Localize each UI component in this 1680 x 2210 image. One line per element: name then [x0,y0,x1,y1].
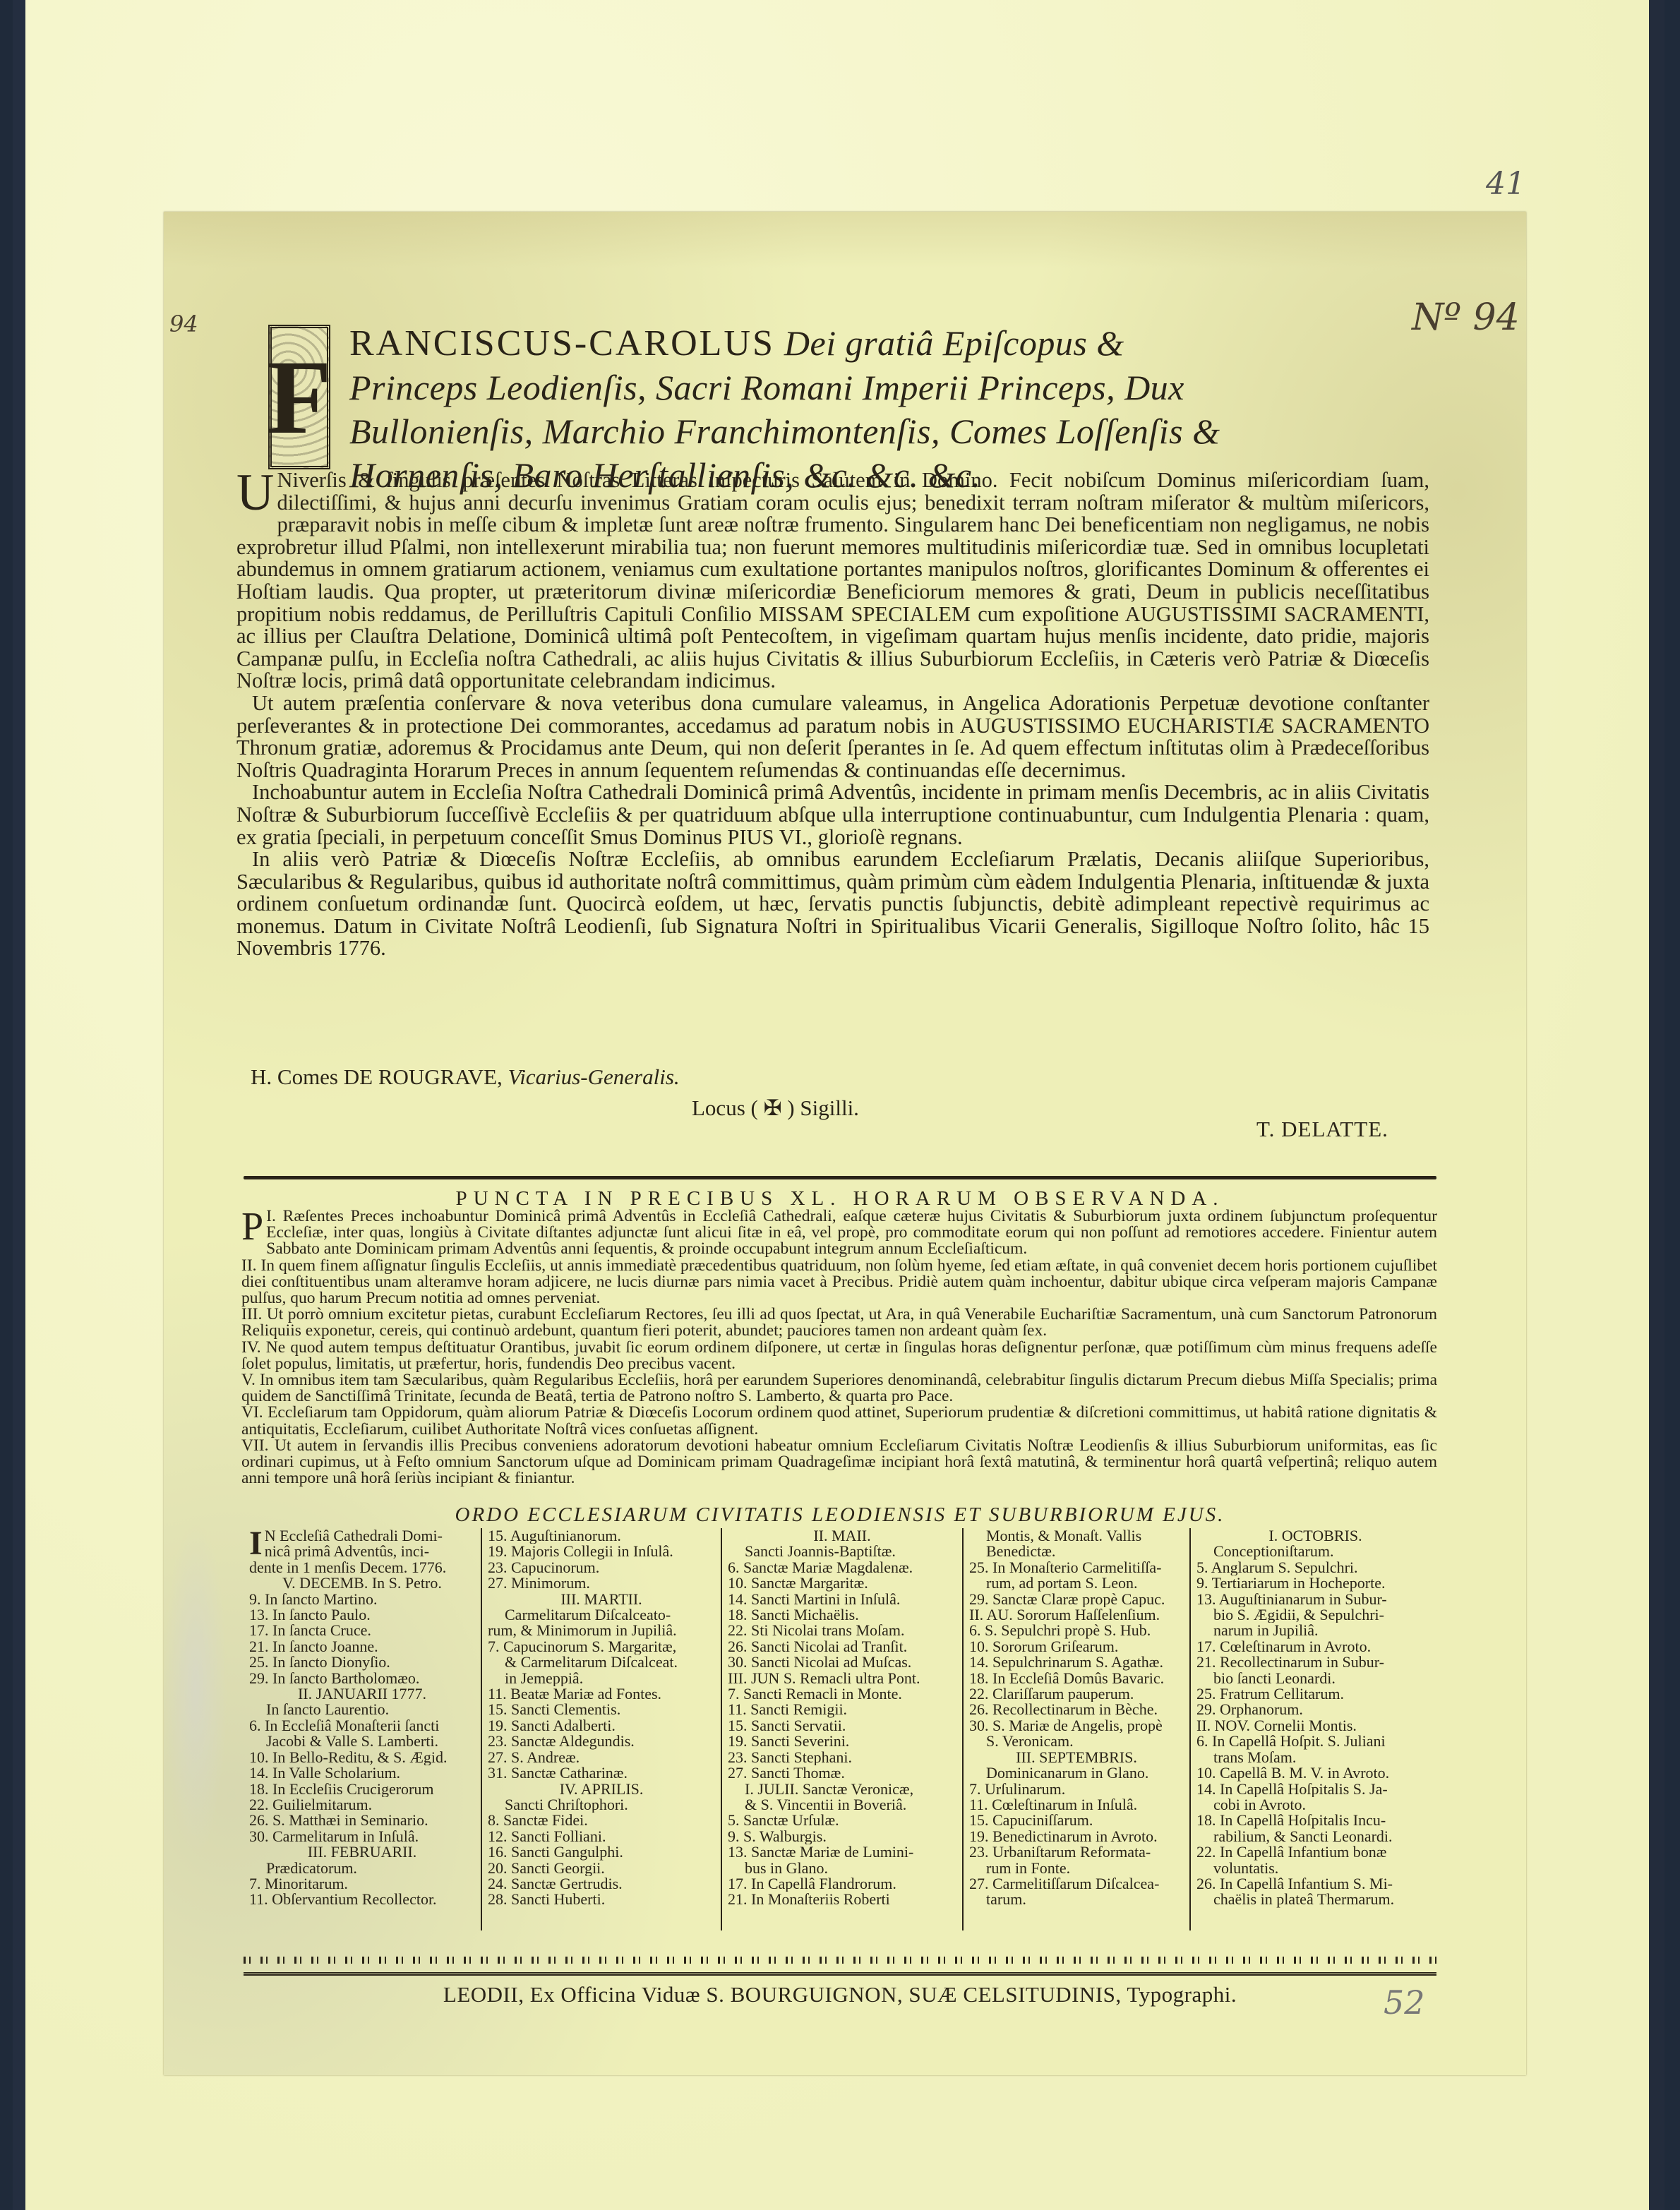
body-paragraph: UNiverſis & ſingulis præſentes Noſtras L… [236,469,1429,692]
schedule-entry: IN Eccleſiâ Cathedrali Domi- [249,1528,475,1544]
schedule-entry: 30. S. Mariæ de Angelis, propè [969,1718,1184,1734]
schedule-entry: voluntatis. [1196,1861,1434,1876]
puncta-item: II. In quem finem aſſignatur ſingulis Ec… [241,1258,1437,1307]
schedule-entry: 10. In Bello-Reditu, & S. Ægid. [249,1750,475,1765]
schedule-entry: 7. Sancti Remacli in Monte. [728,1686,956,1702]
schedule-entry: 17. In Capellâ Flandrorum. [728,1876,956,1892]
schedule-entry: 7. Urſulinarum. [969,1782,1184,1797]
schedule-entry: trans Moſam. [1196,1750,1434,1765]
schedule-entry: 15. Auguſtinianorum. [488,1528,715,1544]
puncta-item: VII. Ut autem in ſervandis illis Precibu… [241,1438,1437,1487]
schedule-entry: S. Veronicam. [969,1734,1184,1749]
schedule-entry: Prædicatorum. [249,1861,475,1876]
schedule-entry: 30. Sancti Nicolai ad Muſcas. [728,1655,956,1670]
schedule-entry: Sancti Joannis-Baptiſtæ. [728,1544,956,1559]
margin-number-left: 94 [169,311,198,337]
schedule-entry: 13. Auguſtinianarum in Subur- [1196,1592,1434,1607]
schedule-entry: 16. Sancti Gangulphi. [488,1844,715,1860]
drop-initial: P [241,1210,263,1244]
schedule-entry: 10. Sororum Griſearum. [969,1639,1184,1655]
schedule-entry: narum in Jupiliâ. [1196,1623,1434,1638]
schedule-entry: 17. Cœleſtinarum in Avroto. [1196,1639,1434,1655]
secretary-signature: T. DELATTE. [1256,1117,1388,1142]
schedule-entry: 14. In Capellâ Hoſpitalis S. Ja- [1196,1782,1434,1797]
schedule-entry: 22. In Capellâ Infantium bonæ [1196,1844,1434,1860]
schedule-entry: cobi in Avroto. [1196,1797,1434,1813]
schedule-entry: 25. Fratrum Cellitarum. [1196,1686,1434,1702]
body-paragraph: Inchoabuntur autem in Eccleſia Noſtra Ca… [236,781,1429,848]
scan-border-right [1649,0,1664,2210]
schedule-entry: 21. In Monaſteriis Roberti [728,1892,956,1907]
mandate-body: UNiverſis & ſingulis præſentes Noſtras L… [236,469,1429,960]
schedule-entry: 25. In Monaſterio Carmelitiſſa- [969,1560,1184,1575]
schedule-entry: 29. Orphanorum. [1196,1702,1434,1717]
schedule-entry: II. MAII. [728,1528,956,1544]
schedule-entry: III. JUN S. Remacli ultra Pont. [728,1671,956,1686]
schedule-entry: 13. Sanctæ Mariæ de Lumini- [728,1844,956,1860]
body-paragraph: Ut autem præſentia conſervare & nova vet… [236,692,1429,781]
schedule-entry: Sancti Chriſtophori. [488,1797,715,1813]
schedule-entry: III. FEBRUARII. [249,1844,475,1860]
schedule-entry: 20. Sancti Georgii. [488,1861,715,1876]
schedule-entry: 6. S. Sepulchri propè S. Hub. [969,1623,1184,1638]
schedule-entry: 29. Sanctæ Claræ propè Capuc. [969,1592,1184,1607]
schedule-entry: Benedictæ. [969,1544,1184,1559]
ornate-initial: F [268,325,330,469]
schedule-entry: rabilium, & Sancti Leonardi. [1196,1829,1434,1844]
schedule-entry: nicâ primâ Adventûs, inci- [265,1544,475,1559]
schedule-entry: 26. S. Matthæi in Seminario. [249,1813,475,1828]
ordo-title: ORDO ECCLESIARUM CIVITATIS LEODIENSIS ET… [240,1503,1440,1527]
schedule-entry: 18. Sancti Michaëlis. [728,1607,956,1623]
schedule-entry: in Jemeppiâ. [488,1671,715,1686]
schedule-column: IN Eccleſiâ Cathedrali Domi-nicâ primâ A… [244,1528,481,1930]
schedule-entry: 28. Sancti Huberti. [488,1892,715,1907]
schedule-entry: 14. In Valle Scholarium. [249,1765,475,1781]
schedule-entry: Conceptioniſtarum. [1196,1544,1434,1559]
schedule-entry: bio S. Ægidii, & Sepulchri- [1196,1607,1434,1623]
schedule-entry: 19. Benedictinarum in Avroto. [969,1829,1184,1844]
schedule-entry: 9. Tertiariarum in Hocheporte. [1196,1575,1434,1591]
title-line: RANCISCUS-CAROLUS Dei gratiâ Epiſcopus & [349,321,1380,366]
schedule-entry: 14. Sepulchrinarum S. Agathæ. [969,1655,1184,1670]
schedule-entry: 26. Recollectinarum in Bèche. [969,1702,1184,1717]
schedule-entry: Carmelitarum Diſcalceato- [488,1607,715,1623]
schedule-entry: 10. Capellâ B. M. V. in Avroto. [1196,1765,1434,1781]
schedule-entry: 24. Sanctæ Gertrudis. [488,1876,715,1892]
schedule-entry: 6. Sanctæ Mariæ Magdalenæ. [728,1560,956,1575]
schedule-entry: 29. In ſancto Bartholomæo. [249,1671,475,1686]
schedule-entry: 19. Majoris Collegii in Inſulâ. [488,1544,715,1559]
schedule-entry: 18. In Eccleſiis Crucigerorum [249,1782,475,1797]
pencil-annotation-bottom: 52 [1384,1983,1425,2022]
schedule-entry: 15. Sancti Clementis. [488,1702,715,1717]
schedule-entry: III. SEPTEMBRIS. [969,1750,1184,1765]
schedule-entry: 22. Sti Nicolai trans Moſam. [728,1623,956,1638]
schedule-entry: 12. Sancti Folliani. [488,1829,715,1844]
schedule-entry: 27. Sancti Thomæ. [728,1765,956,1781]
schedule-entry: dente in 1 menſis Decem. 1776. [249,1560,475,1575]
schedule-entry: 7. Capucinorum S. Margaritæ, [488,1639,715,1655]
schedule-entry: 22. Guilielmitarum. [249,1797,475,1813]
title-line: Princeps Leodienſis, Sacri Romani Imperi… [349,366,1380,409]
schedule-entry: rum, & Minimorum in Jupiliâ. [488,1623,715,1638]
schedule-entry: rum, ad portam S. Leon. [969,1575,1184,1591]
printer-imprint: LEODII, Ex Officina Viduæ S. BOURGUIGNON… [240,1982,1440,2007]
schedule-entry: II. NOV. Cornelii Montis. [1196,1718,1434,1734]
schedule-entry: 31. Sanctæ Catharinæ. [488,1765,715,1781]
schedule-entry: 23. Urbaniſtarum Reformata- [969,1844,1184,1860]
schedule-entry: 7. Minoritarum. [249,1876,475,1892]
title-line: Bullonienſis, Marchio Franchimontenſis, … [349,409,1380,453]
seal-mark: Locus ( ✠ ) Sigilli. [692,1095,859,1121]
puncta-item: V. In omnibus item tam Sæcularibus, quàm… [241,1372,1437,1405]
schedule-entry: 27. Carmelitiſſarum Diſcalcea- [969,1876,1184,1892]
schedule-entry: V. DECEMB. In S. Petro. [249,1575,475,1591]
schedule-entry: 26. Sancti Nicolai ad Tranſit. [728,1639,956,1655]
drop-initial: U [236,471,274,515]
schedule-entry: rum in Fonte. [969,1861,1184,1876]
schedule-entry: 26. In Capellâ Infantium S. Mi- [1196,1876,1434,1892]
schedule-entry: 11. Obſervantium Recollector. [249,1892,475,1907]
schedule-column: Montis, & Monaſt. VallisBenedictæ.25. In… [962,1528,1189,1930]
scan-border-left [13,0,25,2210]
schedule-entry: & S. Vincentii in Boveriâ. [728,1797,956,1813]
schedule-entry: & Carmelitarum Diſcalceat. [488,1655,715,1670]
church-schedule: IN Eccleſiâ Cathedrali Domi-nicâ primâ A… [244,1528,1440,1930]
puncta-item: III. Ut porrò omnium excitetur pietas, c… [241,1307,1437,1339]
schedule-entry: IV. APRILIS. [488,1782,715,1797]
schedule-entry: 15. Sancti Servatii. [728,1718,956,1734]
body-paragraph: In aliis verò Patriæ & Diœceſis Noſtræ E… [236,848,1429,960]
schedule-entry: 5. Anglarum S. Sepulchri. [1196,1560,1434,1575]
schedule-entry: 27. Minimorum. [488,1575,715,1591]
schedule-entry: 15. Capuciniſſarum. [969,1813,1184,1828]
schedule-entry: 22. Clariſſarum pauperum. [969,1686,1184,1702]
puncta-list: PI. Ræſentes Preces inchoabuntur Dominic… [241,1208,1437,1487]
schedule-column: 15. Auguſtinianorum.19. Majoris Collegii… [481,1528,721,1930]
schedule-entry: 11. Beatæ Mariæ ad Fontes. [488,1686,715,1702]
schedule-entry: Montis, & Monaſt. Vallis [969,1528,1184,1544]
schedule-entry: 6. In Capellâ Hoſpit. S. Juliani [1196,1734,1434,1749]
schedule-entry: III. MARTII. [488,1592,715,1607]
schedule-entry: Jacobi & Valle S. Lamberti. [249,1734,475,1749]
schedule-entry: 18. In Eccleſiâ Domûs Bavaric. [969,1671,1184,1686]
schedule-entry: 23. Sancti Stephani. [728,1750,956,1765]
schedule-entry: In ſancto Laurentio. [249,1702,475,1717]
schedule-entry: 6. In Eccleſiâ Monaſterii ſancti [249,1718,475,1734]
schedule-entry: 9. In ſancto Martino. [249,1592,475,1607]
schedule-entry: I. OCTOBRIS. [1196,1528,1434,1544]
schedule-entry: 21. In ſancto Joanne. [249,1639,475,1655]
schedule-column: I. OCTOBRIS.Conceptioniſtarum.5. Anglaru… [1189,1528,1440,1930]
schedule-entry: 10. Sanctæ Margaritæ. [728,1575,956,1591]
schedule-entry: 25. In ſancto Dionyſio. [249,1655,475,1670]
vicar-signature: H. Comes DE ROUGRAVE, Vicarius-Generalis… [251,1064,680,1090]
schedule-entry: 19. Sancti Adalberti. [488,1718,715,1734]
schedule-entry: tarum. [969,1892,1184,1907]
schedule-entry: 17. In ſancta Cruce. [249,1623,475,1638]
pencil-annotation-top: 41 [1486,166,1525,202]
schedule-entry: bio ſancti Leonardi. [1196,1671,1434,1686]
puncta-item: VI. Eccleſiarum tam Oppidorum, quàm alio… [241,1405,1437,1437]
drop-initial: I [249,1528,263,1559]
schedule-entry: II. AU. Sororum Haſſelenſium. [969,1607,1184,1623]
schedule-entry: 23. Sanctæ Aldegundis. [488,1734,715,1749]
puncta-item: PI. Ræſentes Preces inchoabuntur Dominic… [241,1208,1437,1258]
schedule-entry: 19. Sancti Severini. [728,1734,956,1749]
section-divider [244,1176,1436,1179]
schedule-column: II. MAII.Sancti Joannis-Baptiſtæ.6. Sanc… [721,1528,962,1930]
schedule-entry: 23. Capucinorum. [488,1560,715,1575]
schedule-entry: 30. Carmelitarum in Inſulâ. [249,1829,475,1844]
schedule-entry: bus in Glano. [728,1861,956,1876]
paper-damage [164,1518,227,1856]
schedule-entry: 13. In ſancto Paulo. [249,1607,475,1623]
schedule-entry: 8. Sanctæ Fidei. [488,1813,715,1828]
schedule-entry: Dominicanarum in Glano. [969,1765,1184,1781]
schedule-entry: 21. Recollectinarum in Subur- [1196,1655,1434,1670]
schedule-entry: I. JULII. Sanctæ Veronicæ, [728,1782,956,1797]
schedule-entry: 18. In Capellâ Hoſpitalis Incu- [1196,1813,1434,1828]
schedule-entry: II. JANUARII 1777. [249,1686,475,1702]
schedule-entry: 5. Sanctæ Urſulæ. [728,1813,956,1828]
schedule-entry: chaëlis in plateâ Thermarum. [1196,1892,1434,1907]
schedule-entry: 11. Cœleſtinarum in Inſulâ. [969,1797,1184,1813]
schedule-entry: 11. Sancti Remigii. [728,1702,956,1717]
schedule-entry: 14. Sancti Martini in Inſulâ. [728,1592,956,1607]
puncta-item: IV. Ne quod autem tempus deſtituatur Ora… [241,1340,1437,1372]
margin-number-right: Nº 94 [1412,296,1520,339]
schedule-entry: 9. S. Walburgis. [728,1829,956,1844]
schedule-entry: 27. S. Andreæ. [488,1750,715,1765]
ornamental-border [244,1954,1436,1976]
